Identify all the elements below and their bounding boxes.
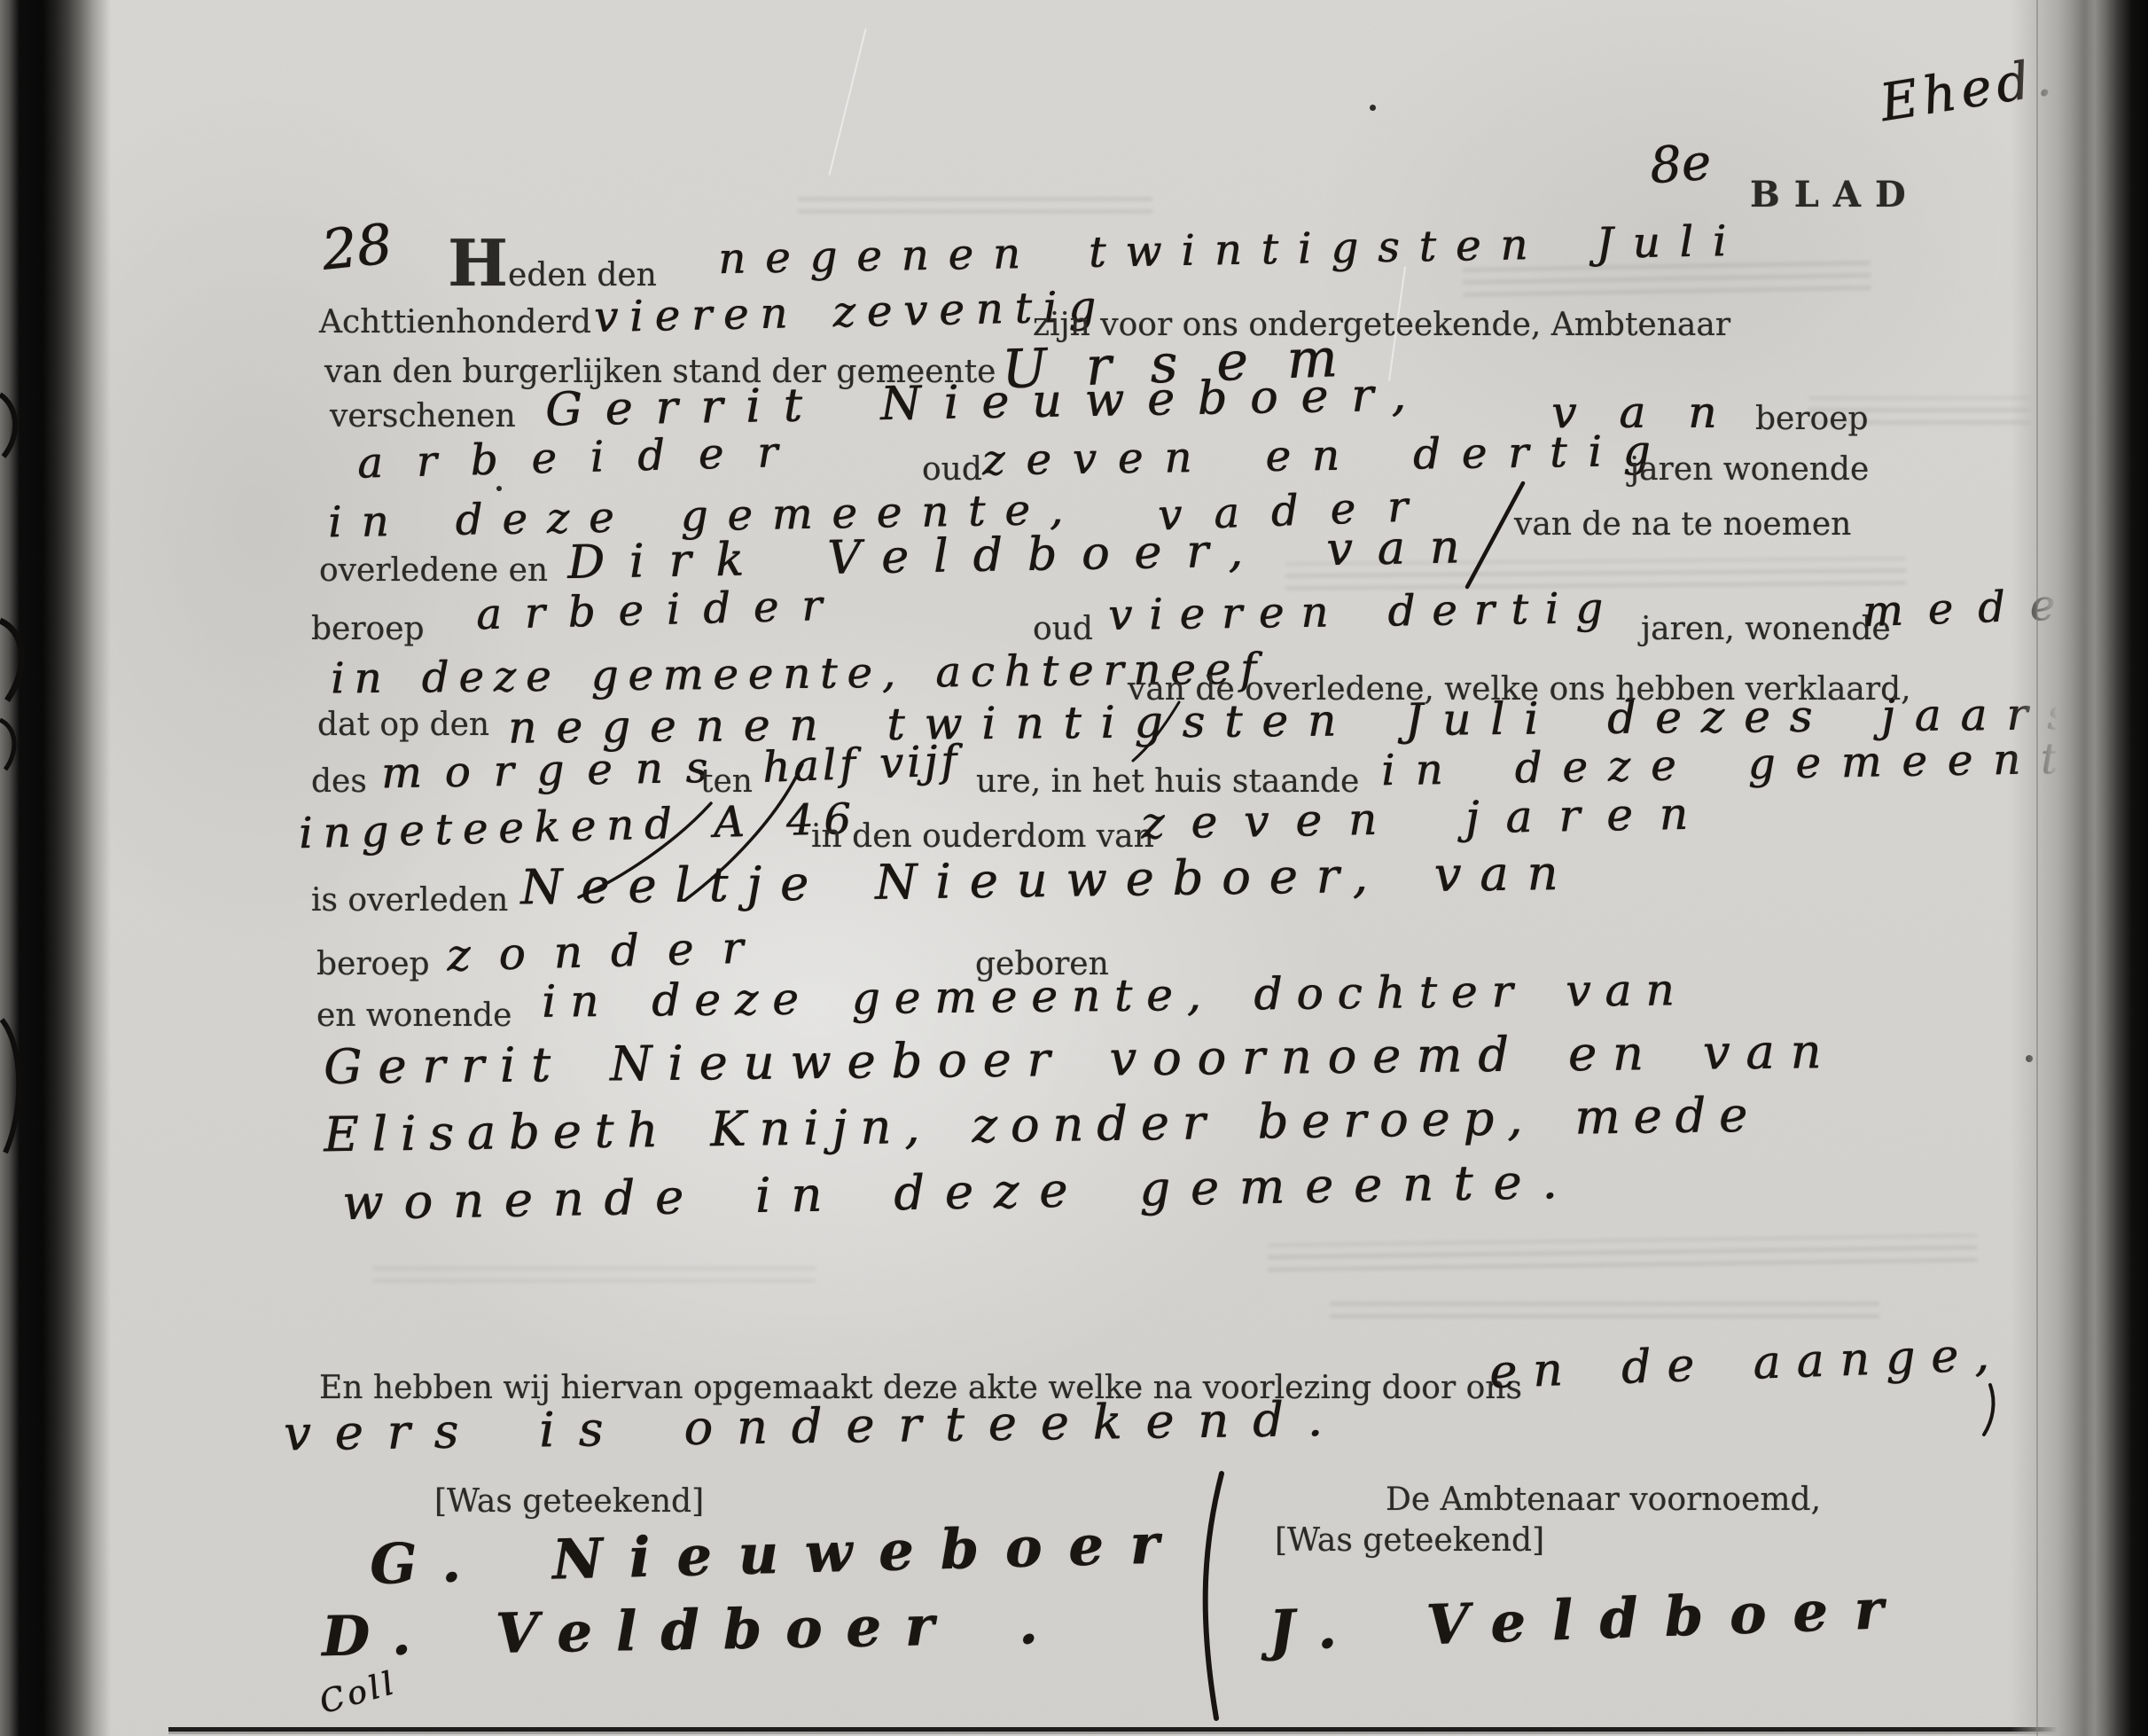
- bleed-through-mark-1: [1463, 259, 1871, 296]
- printed-oud-1: oud: [922, 454, 982, 486]
- printed-en-wonende: en wonende: [316, 1000, 512, 1032]
- sheet-number: 8e: [1648, 138, 1713, 192]
- printed-heden-den: Heden den: [448, 238, 657, 292]
- bleed-through-mark-3: [1285, 558, 1906, 590]
- hw-deceased-name: Neeltje Nieuweboer, van: [520, 849, 1577, 912]
- hw-closing-2: vers is onderteekend.: [284, 1396, 1347, 1458]
- hw-closing-1: en de aange,: [1488, 1332, 2005, 1396]
- signature-brace: [1206, 1474, 1222, 1718]
- hw-hour: half vijf: [762, 739, 961, 789]
- printed-des: des: [311, 766, 367, 798]
- hw-deceased-occupation: zonder: [446, 925, 771, 978]
- hw-house-number: ingeteekend A 46: [298, 798, 862, 856]
- printed-beroep-2: beroep: [311, 614, 425, 645]
- act-number: 28: [319, 216, 394, 278]
- hw-declarant1-age: zeven en dertig: [982, 430, 1672, 482]
- signature-witness-1: G. Nieuweboer: [369, 1516, 1186, 1592]
- bleed-through-mark-5: [1268, 1234, 1977, 1271]
- hw-year: vieren zeventig: [594, 285, 1108, 339]
- hw-daypart: morgens: [381, 747, 731, 795]
- printed-was-geteekend-right: [Was geteekend]: [1275, 1525, 1544, 1557]
- printed-is-overleden: is overleden: [311, 885, 508, 917]
- right-binding-edge: [2011, 0, 2148, 1736]
- hw-residence-line: wonende in deze gemeente.: [342, 1158, 1578, 1227]
- printed-jaren-wonende-2: jaren, wonende: [1641, 614, 1891, 645]
- ink-speck-1: [1370, 105, 1376, 111]
- hw-deceased-residence: in deze gemeente, dochter van: [542, 967, 1689, 1024]
- ink-speck-2: [496, 486, 502, 491]
- left-binding-edge: [0, 0, 111, 1736]
- hw-declarant2-residence: in deze gemeente, achterneef: [331, 647, 1266, 700]
- printed-oud-2: oud: [1033, 614, 1093, 645]
- hw-declarant1-name: Gerrit Nieuweboer,: [545, 371, 1430, 433]
- printed-huis-clause: ure, in het huis staande: [976, 766, 1359, 798]
- printed-jaren-wonende-1: jaren wonende: [1629, 454, 1869, 486]
- bleed-through-mark-2: [1808, 397, 2030, 424]
- printed-was-geteekend-left: [Was geteekend]: [434, 1486, 704, 1518]
- bleed-through-mark-4: [798, 188, 1152, 213]
- printed-na-te-noemen: van de na te noemen: [1514, 509, 1851, 541]
- hw-father-line: Gerrit Nieuweboer voornoemd en van: [324, 1028, 1838, 1091]
- pen-stroke-comma-flourish: [1984, 1385, 1994, 1435]
- bleed-through-mark-7: [372, 1259, 816, 1282]
- signature-official: J. Veldboer: [1268, 1581, 1910, 1658]
- printed-achttienhonderd: Achttienhonderd: [319, 307, 591, 339]
- printed-verschenen: verschenen: [330, 401, 516, 433]
- hw-declarant2-occupation: arbeider: [475, 584, 845, 637]
- hw-declarant1-occupation: arbeider: [356, 430, 811, 484]
- hw-age-at-death: zeven jaren: [1141, 791, 1715, 845]
- scratch-mark-1: [828, 28, 866, 175]
- sheet-word: BLAD: [1750, 177, 1920, 213]
- document-scan: 8e BLAD Ehed. 28 Heden den negenen twint…: [0, 0, 2148, 1736]
- hw-mother-line: Elisabeth Knijn, zonder beroep, mede: [324, 1091, 1761, 1160]
- bleed-through-mark-6: [1330, 1293, 1879, 1318]
- printed-ouderdom-clause: in den ouderdom van: [811, 821, 1154, 853]
- printed-dat-op-den: dat op den: [317, 709, 489, 741]
- printed-ten: ten: [700, 766, 753, 798]
- collation-mark: Coll: [316, 1668, 401, 1720]
- printed-overledene-en: overledene en: [319, 555, 548, 587]
- printed-ambtenaar-voornoemd: De Ambtenaar voornoemd,: [1386, 1484, 1821, 1516]
- form-bottom-rule: [168, 1727, 2092, 1732]
- signature-witness-2: D. Veldboer .: [322, 1597, 1062, 1665]
- printed-beroep-3: beroep: [316, 949, 430, 981]
- hw-declarant2-age: vieren dertig: [1108, 587, 1620, 637]
